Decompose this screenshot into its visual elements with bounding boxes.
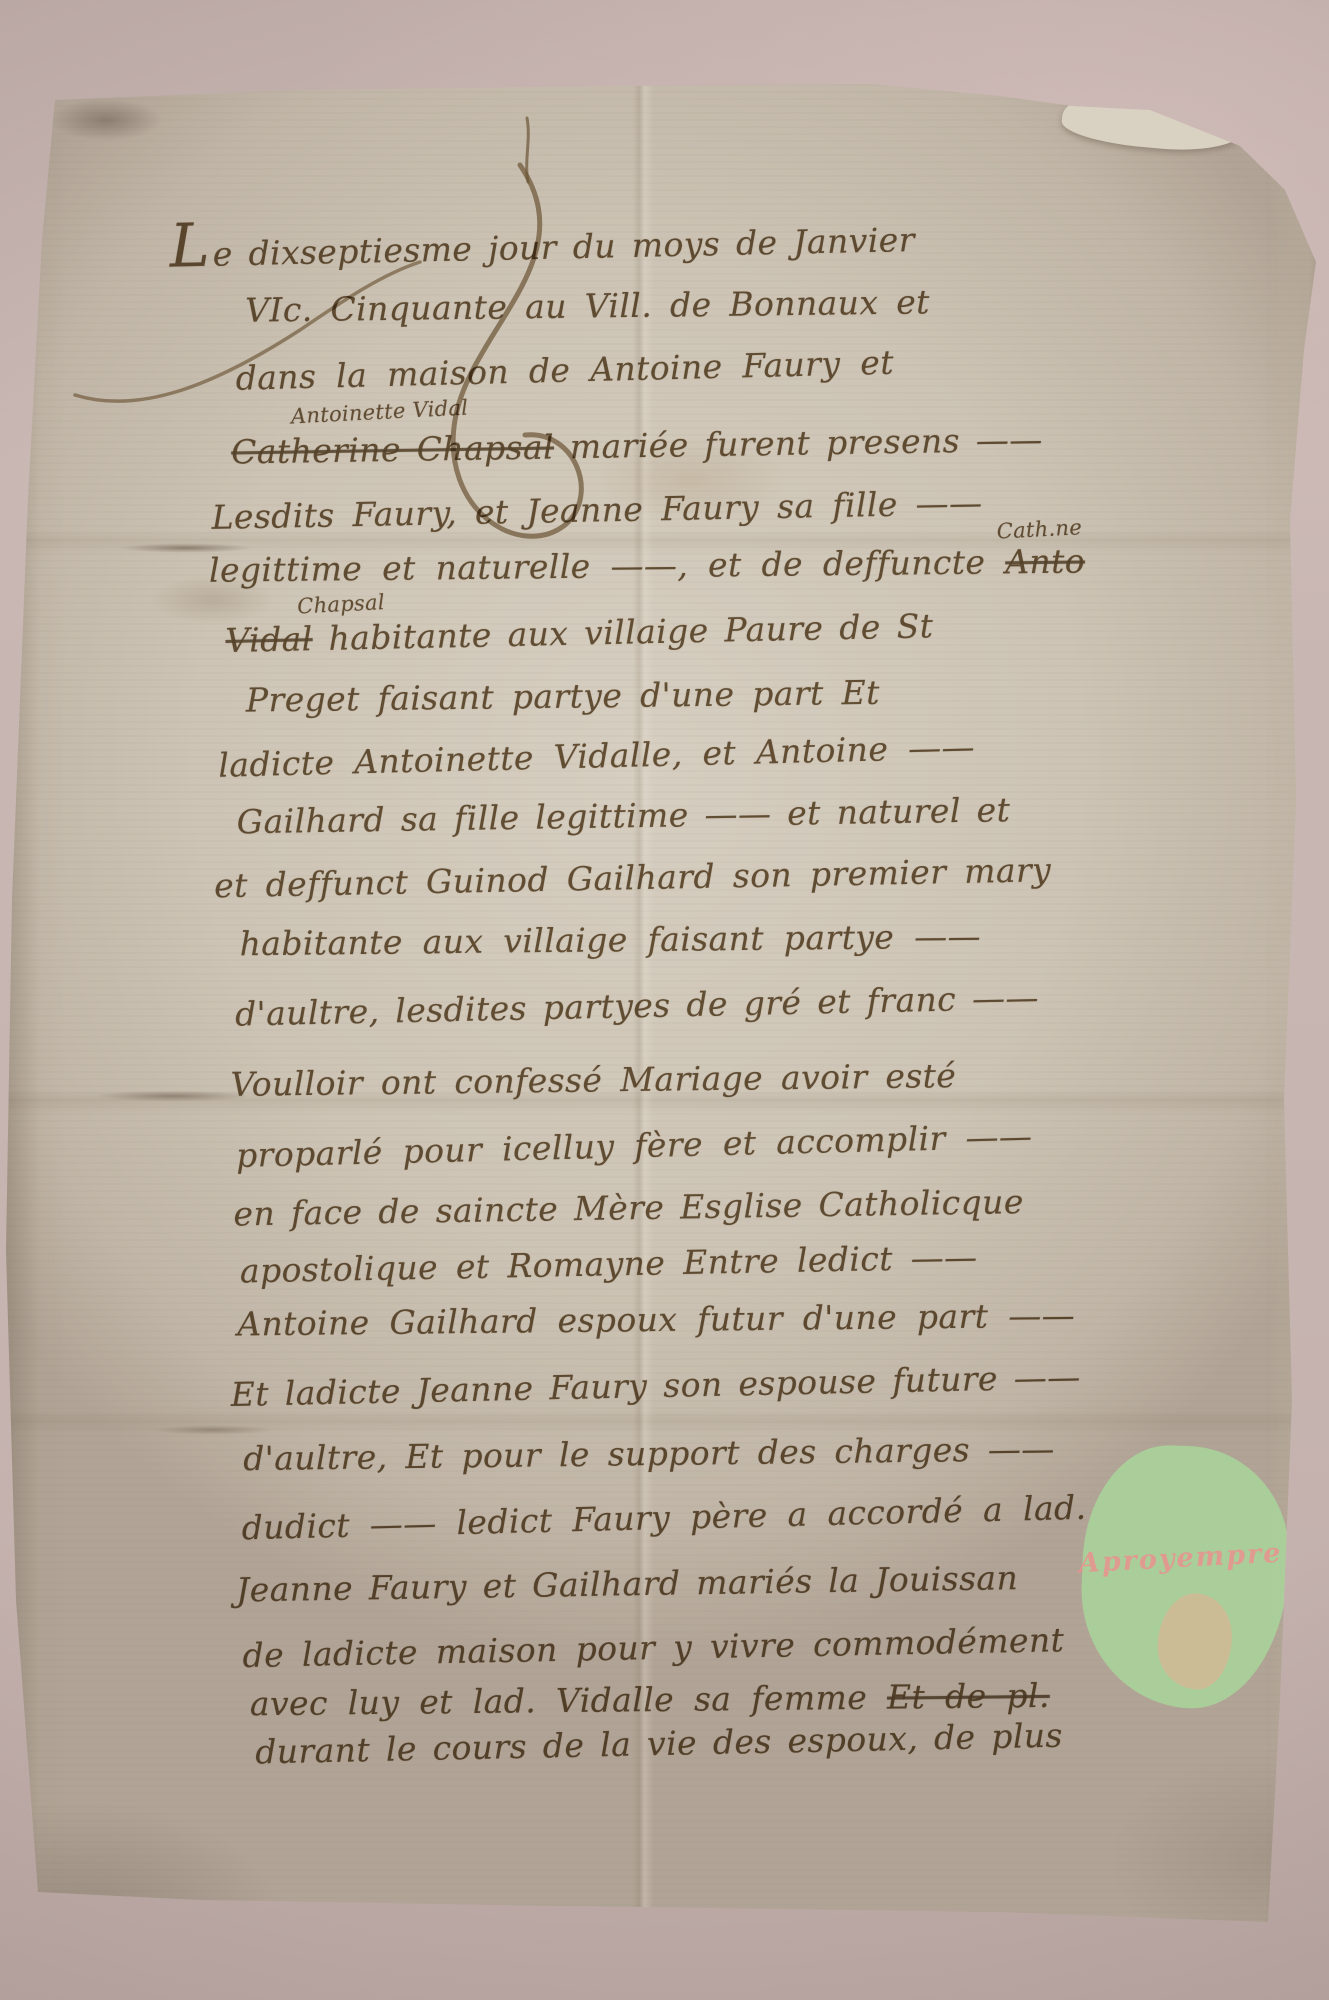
interlinear-insert: Chapsal (297, 592, 386, 617)
interlinear-insert: Antoinette Vidal (290, 397, 468, 427)
text-line: Voulloir ont confessé Mariage avoir esté (230, 1058, 956, 1103)
text-line: Et ladicte Jeanne Faury son espouse futu… (230, 1359, 1081, 1413)
text-line: dudict —— ledict Faury père a accordé a … (241, 1490, 1087, 1547)
text-line: proparlé pour icelluy fère et accomplir … (236, 1118, 1033, 1174)
text-line: avec luy et lad. Vidalle sa femme Et de … (250, 1678, 1050, 1723)
text-line: de ladicte maison pour y vivre commodéme… (242, 1622, 1064, 1674)
text-line: en face de saincte Mère Esglise Catholic… (233, 1184, 1024, 1233)
text-line: Lesdits Faury, et Jeanne Faury sa fille … (211, 485, 982, 536)
text-line: d'aultre, Et pour le support des charges… (243, 1431, 1055, 1477)
text-line: et deffunct Guinod Gailhard son premier … (214, 852, 1052, 904)
text-line: apostolique et Romayne Entre ledict —— (240, 1239, 978, 1289)
text-line: legittime et naturelle ——, et de deffunc… (209, 544, 1085, 589)
text-line: dans la maison de Antoine Faury et (235, 345, 894, 397)
text-line: VIc. Cinquante au Vill. de Bonnaux et (245, 284, 930, 329)
interlinear-insert: Cath.ne (996, 517, 1082, 542)
text-line: habitante aux villaige faisant partye —— (239, 918, 981, 962)
text-line: d'aultre, lesdites partyes de gré et fra… (235, 980, 1039, 1033)
text-line: Jeanne Faury et Gailhard mariés la Jouis… (236, 1560, 1019, 1609)
photo-background: Aproyempre Le dixseptiesme jour du moys … (0, 0, 1329, 2000)
text-line: Preget faisant partye d'une part Et (246, 675, 880, 719)
text-line: Le dixseptiesme jour du moys de Janvier (169, 215, 915, 274)
text-line: ladicte Antoinette Vidalle, et Antoine —… (218, 729, 975, 784)
handwriting-layer: Le dixseptiesme jour du moys de JanvierV… (0, 0, 1329, 2000)
text-line: Gailhard sa fille legittime —— et nature… (236, 792, 1010, 840)
text-line: Catherine Chapsal mariée furent presens … (231, 422, 1043, 471)
manuscript-page: Aproyempre Le dixseptiesme jour du moys … (0, 0, 1329, 2000)
text-line: durant le cours de la vie des espoux, de… (255, 1718, 1063, 1771)
text-line: Antoine Gailhard espoux futur d'une part… (237, 1298, 1075, 1343)
